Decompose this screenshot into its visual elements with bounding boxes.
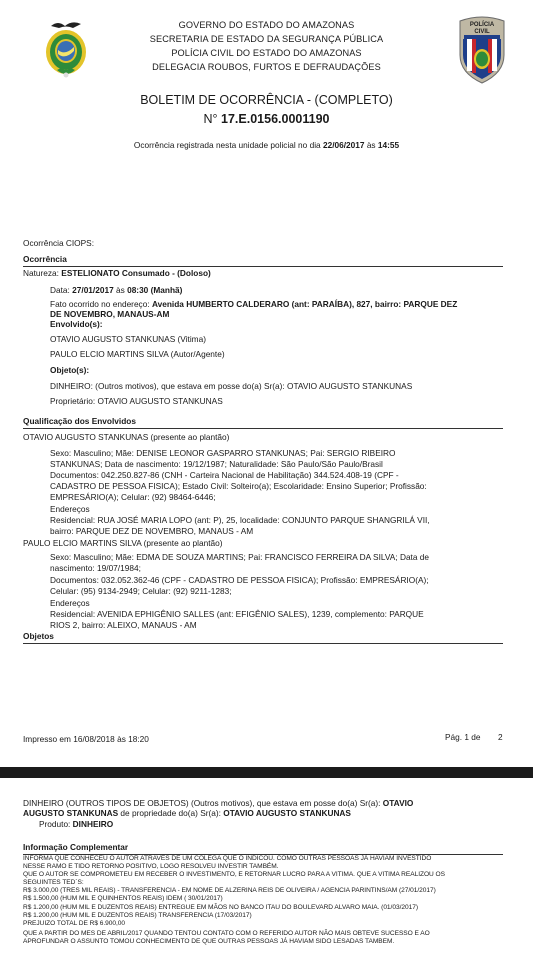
info-line: NESSE RAMO E TIDO RETORNO POSITIVO, LOGO…: [23, 863, 511, 871]
page-total: 2: [498, 732, 503, 743]
data-line: Data: 27/01/2017 às 08:30 (Manhã): [50, 285, 182, 296]
envolvido-item: PAULO ELCIO MARTINS SILVA (Autor/Agente): [50, 349, 225, 360]
envolvidos-label-text: Envolvido(s):: [50, 319, 103, 329]
endereco-line-2: DE NOVEMBRO, MANAUS-AM: [50, 309, 169, 320]
data-time: 08:30 (Manhã): [127, 285, 182, 295]
endereco-line: Residencial: AVENIDA EPHIGÊNIO SALLES (a…: [50, 609, 424, 620]
number-prefix: N°: [204, 112, 218, 126]
registration-prefix: Ocorrência registrada nesta unidade poli…: [134, 140, 321, 150]
objeto-text: de propriedade do(a) Sr(a):: [118, 808, 223, 818]
section-ocorrencia-heading: Ocorrência: [23, 254, 67, 264]
info-line: R$ 1.500,00 (HUM MIL E QUINHENTOS REAIS)…: [23, 895, 511, 903]
info-line: QUE A PARTIR DO MES DE ABRIL/2017 QUANDO…: [23, 930, 511, 938]
endereco-value-1: Avenida HUMBERTO CALDERARO (ant: PARAÍBA…: [152, 299, 457, 309]
printed-date: Impresso em 16/08/2018 às 18:20: [23, 734, 149, 745]
page-label: Pág. 1 de: [445, 732, 481, 743]
person-name: PAULO ELCIO MARTINS SILVA (presente ao p…: [23, 538, 223, 549]
info-line: R$ 1.200,00 (HUM MIL E DUZENTOS REAIS) E…: [23, 904, 511, 912]
objeto-owner: AUGUSTO STANKUNAS: [23, 808, 118, 818]
natureza-label: Natureza:: [23, 268, 59, 278]
endereco-value-2: DE NOVEMBRO, MANAUS-AM: [50, 309, 169, 319]
section-qualificacao-heading: Qualificação dos Envolvidos: [23, 416, 136, 426]
registration-date: 22/06/2017: [323, 140, 365, 150]
produto-value: DINHEIRO: [73, 819, 114, 829]
person-detail-line: Sexo: Masculino; Mãe: EDMA DE SOUZA MART…: [50, 552, 429, 563]
ciops-label: Ocorrência CIOPS:: [23, 238, 94, 249]
info-line: SEGUINTES TED´S:: [23, 879, 511, 887]
header-line-government: GOVERNO DO ESTADO DO AMAZONAS: [0, 20, 533, 30]
objetos-label: Objeto(s):: [50, 365, 89, 376]
header-line-police: POLÍCIA CIVIL DO ESTADO DO AMAZONAS: [0, 48, 533, 58]
info-line: INFORMA QUE CONHECEU O AUTOR ATRAVES DE …: [23, 855, 511, 863]
section-divider: [23, 428, 503, 429]
info-line: PREJUIZO TOTAL DE R$ 6.900,00: [23, 920, 511, 928]
section-objetos-heading: Objetos: [23, 631, 54, 641]
document-number: N° 17.E.0156.0001190: [0, 112, 533, 126]
person-detail-line: CADASTRO DE PESSOA FISICA); Estado Civil…: [50, 481, 427, 492]
page-break-divider: [0, 767, 533, 778]
data-label: Data:: [50, 285, 70, 295]
objeto-proprietario: OTAVIO AUGUSTO STANKUNAS: [223, 808, 351, 818]
objetos-label-text: Objeto(s):: [50, 365, 89, 375]
natureza-line: Natureza: ESTELIONATO Consumado - (Dolos…: [23, 268, 211, 279]
section-divider: [23, 643, 503, 644]
page2-objeto-line-1: DINHEIRO (OUTROS TIPOS DE OBJETOS) (Outr…: [23, 798, 413, 809]
header-line-delegacia: DELEGACIA ROUBOS, FURTOS E DEFRAUDAÇÕES: [0, 62, 533, 72]
info-line: R$ 1.200,00 (HUM MIL E DUZENTOS REAIS) T…: [23, 912, 511, 920]
produto-line: Produto: DINHEIRO: [39, 819, 113, 830]
person-detail-line: Documentos: 042.250.827-86 (CNH - Cartei…: [50, 470, 399, 481]
info-line: R$ 3.000,00 (TRES MIL REAIS) - TRANSFERE…: [23, 887, 511, 895]
number-value: 17.E.0156.0001190: [221, 112, 329, 126]
person-detail-line: Celular: (95) 9134-2949; Celular: (92) 9…: [50, 586, 232, 597]
person-name: OTAVIO AUGUSTO STANKUNAS (presente ao pl…: [23, 432, 229, 443]
enderecos-label: Endereços: [50, 504, 90, 515]
endereco-line: bairro: PARQUE DEZ DE NOVEMBRO, MANAUS -…: [50, 526, 253, 537]
objeto-line: DINHEIRO: (Outros motivos), que estava e…: [50, 381, 412, 392]
person-detail-line: Documentos: 032.052.362-46 (CPF - CADAST…: [50, 575, 429, 586]
endereco-line: RIOS 2, bairro: ALEIXO, MANAUS - AM: [50, 620, 197, 631]
objeto-owner: OTAVIO: [383, 798, 414, 808]
registration-time: 14:55: [378, 140, 399, 150]
document-title: BOLETIM DE OCORRÊNCIA - (COMPLETO): [0, 93, 533, 107]
person-detail-line: nascimento: 19/07/1984;: [50, 563, 141, 574]
produto-label: Produto:: [39, 819, 73, 829]
data-as: às: [116, 285, 125, 295]
endereco-label: Fato ocorrido no endereço:: [50, 299, 150, 309]
info-line: APROFUNDAR O ASSUNTO TOMOU CONHECIMENTO …: [23, 938, 511, 946]
natureza-value: ESTELIONATO Consumado - (Doloso): [61, 268, 211, 278]
info-line: QUE O AUTOR SE COMPROMETEU EM RECEBER O …: [23, 871, 511, 879]
person-detail-line: STANKUNAS; Data de nascimento: 19/12/198…: [50, 459, 383, 470]
header-line-secretariat: SECRETARIA DE ESTADO DA SEGURANÇA PÚBLIC…: [0, 34, 533, 44]
registration-line: Ocorrência registrada nesta unidade poli…: [0, 140, 533, 150]
proprietario-line: Proprietário: OTAVIO AUGUSTO STANKUNAS: [50, 396, 223, 407]
data-value: 27/01/2017: [72, 285, 114, 295]
registration-at: às: [367, 140, 376, 150]
section-info-complementar-heading: Informação Complementar: [23, 842, 128, 852]
envolvido-item: OTAVIO AUGUSTO STANKUNAS (Vitima): [50, 334, 206, 345]
section-divider: [23, 266, 503, 267]
person-detail-line: Sexo: Masculino; Mãe: DENISE LEONOR GASP…: [50, 448, 396, 459]
endereco-line: Residencial: RUA JOSÉ MARIA LOPO (ant: P…: [50, 515, 430, 526]
page2-objeto-line-2: AUGUSTO STANKUNAS de propriedade do(a) S…: [23, 808, 351, 819]
enderecos-label: Endereços: [50, 598, 90, 609]
envolvidos-label: Envolvido(s):: [50, 319, 103, 330]
info-complementar-text: INFORMA QUE CONHECEU O AUTOR ATRAVES DE …: [23, 855, 511, 946]
person-detail-line: EMPRESÁRIO(A); Celular: (92) 98464-6446;: [50, 492, 216, 503]
endereco-line-1: Fato ocorrido no endereço: Avenida HUMBE…: [50, 299, 457, 310]
objeto-text: DINHEIRO (OUTROS TIPOS DE OBJETOS) (Outr…: [23, 798, 383, 808]
